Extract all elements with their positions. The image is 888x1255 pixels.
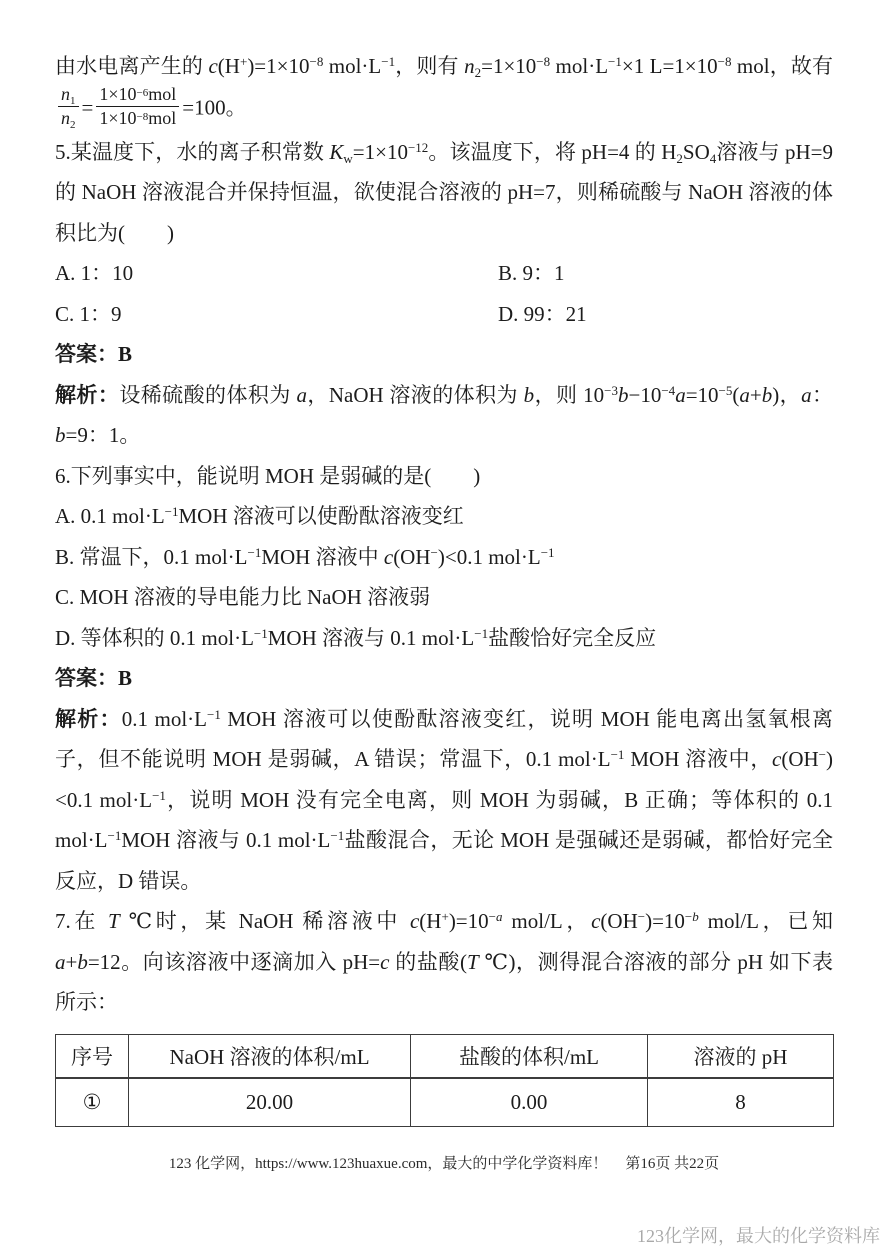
page-footer: 123 化学网，https://www.123huaxue.com，最大的中学化… [0,1152,888,1173]
q6-stem: 6.下列事实中，能说明 MOH 是弱碱的是( ) [55,456,833,497]
q6-option-b: B. 常温下，0.1 mol·L−1MOH 溶液中 c(OH−)<0.1 mol… [55,537,833,578]
q6-option-a: A. 0.1 mol·L−1MOH 溶液可以使酚酞溶液变红 [55,496,833,537]
q6-analysis: 解析：0.1 mol·L−1 MOH 溶液可以使酚酞溶液变红，说明 MOH 能电… [55,699,833,902]
q5-option-a: A. 1：10 [55,253,498,294]
q5-option-d: D. 99：21 [498,294,587,335]
q5-analysis: 解析：设稀硫酸的体积为 a，NaOH 溶液的体积为 b，则 10−3b−10−4… [55,375,833,456]
q4-analysis-tail: 由水电离产生的 c(H+)=1×10−8 mol·L−1，则有 n2=1×10−… [55,46,833,132]
table-header-hcl-volume: 盐酸的体积/mL [411,1034,648,1078]
q5-option-b: B. 9：1 [498,253,565,294]
q5-stem: 5.某温度下，水的离子积常数 Kw=1×10−12。该温度下，将 pH=4 的 … [55,132,833,254]
q5-option-c: C. 1：9 [55,294,498,335]
q7-stem: 7.在 T ℃时，某 NaOH 稀溶液中 c(H+)=10−a mol/L，c(… [55,901,833,1023]
document-page: 由水电离产生的 c(H+)=1×10−8 mol·L−1，则有 n2=1×10−… [0,0,888,1255]
table-cell-index: ① [56,1078,129,1127]
footer-site-info: 123 化学网，https://www.123huaxue.com，最大的中学化… [169,1156,608,1172]
q5-options-row-2: C. 1：9 D. 99：21 [55,294,833,335]
watermark-text: 123化学网，最大的化学资料库 [637,1222,880,1248]
q5-answer: 答案：B [55,334,833,375]
q6-option-d: D. 等体积的 0.1 mol·L−1MOH 溶液与 0.1 mol·L−1盐酸… [55,618,833,659]
ph-data-table: 序号 NaOH 溶液的体积/mL 盐酸的体积/mL 溶液的 pH ① 20.00… [55,1034,834,1127]
table-header-ph: 溶液的 pH [648,1034,834,1078]
table-cell-ph: 8 [648,1078,834,1127]
q6-answer: 答案：B [55,658,833,699]
table-header-index: 序号 [56,1034,129,1078]
q6-option-c: C. MOH 溶液的导电能力比 NaOH 溶液弱 [55,577,833,618]
footer-page-number: 第16页 共22页 [625,1156,719,1172]
table-cell-naoh-volume: 20.00 [129,1078,411,1127]
table-row: ① 20.00 0.00 8 [56,1078,834,1127]
q5-options-row-1: A. 1：10 B. 9：1 [55,253,833,294]
document-content: 由水电离产生的 c(H+)=1×10−8 mol·L−1，则有 n2=1×10−… [55,46,833,1127]
table-cell-hcl-volume: 0.00 [411,1078,648,1127]
table-header-row: 序号 NaOH 溶液的体积/mL 盐酸的体积/mL 溶液的 pH [56,1034,834,1078]
table-header-naoh-volume: NaOH 溶液的体积/mL [129,1034,411,1078]
